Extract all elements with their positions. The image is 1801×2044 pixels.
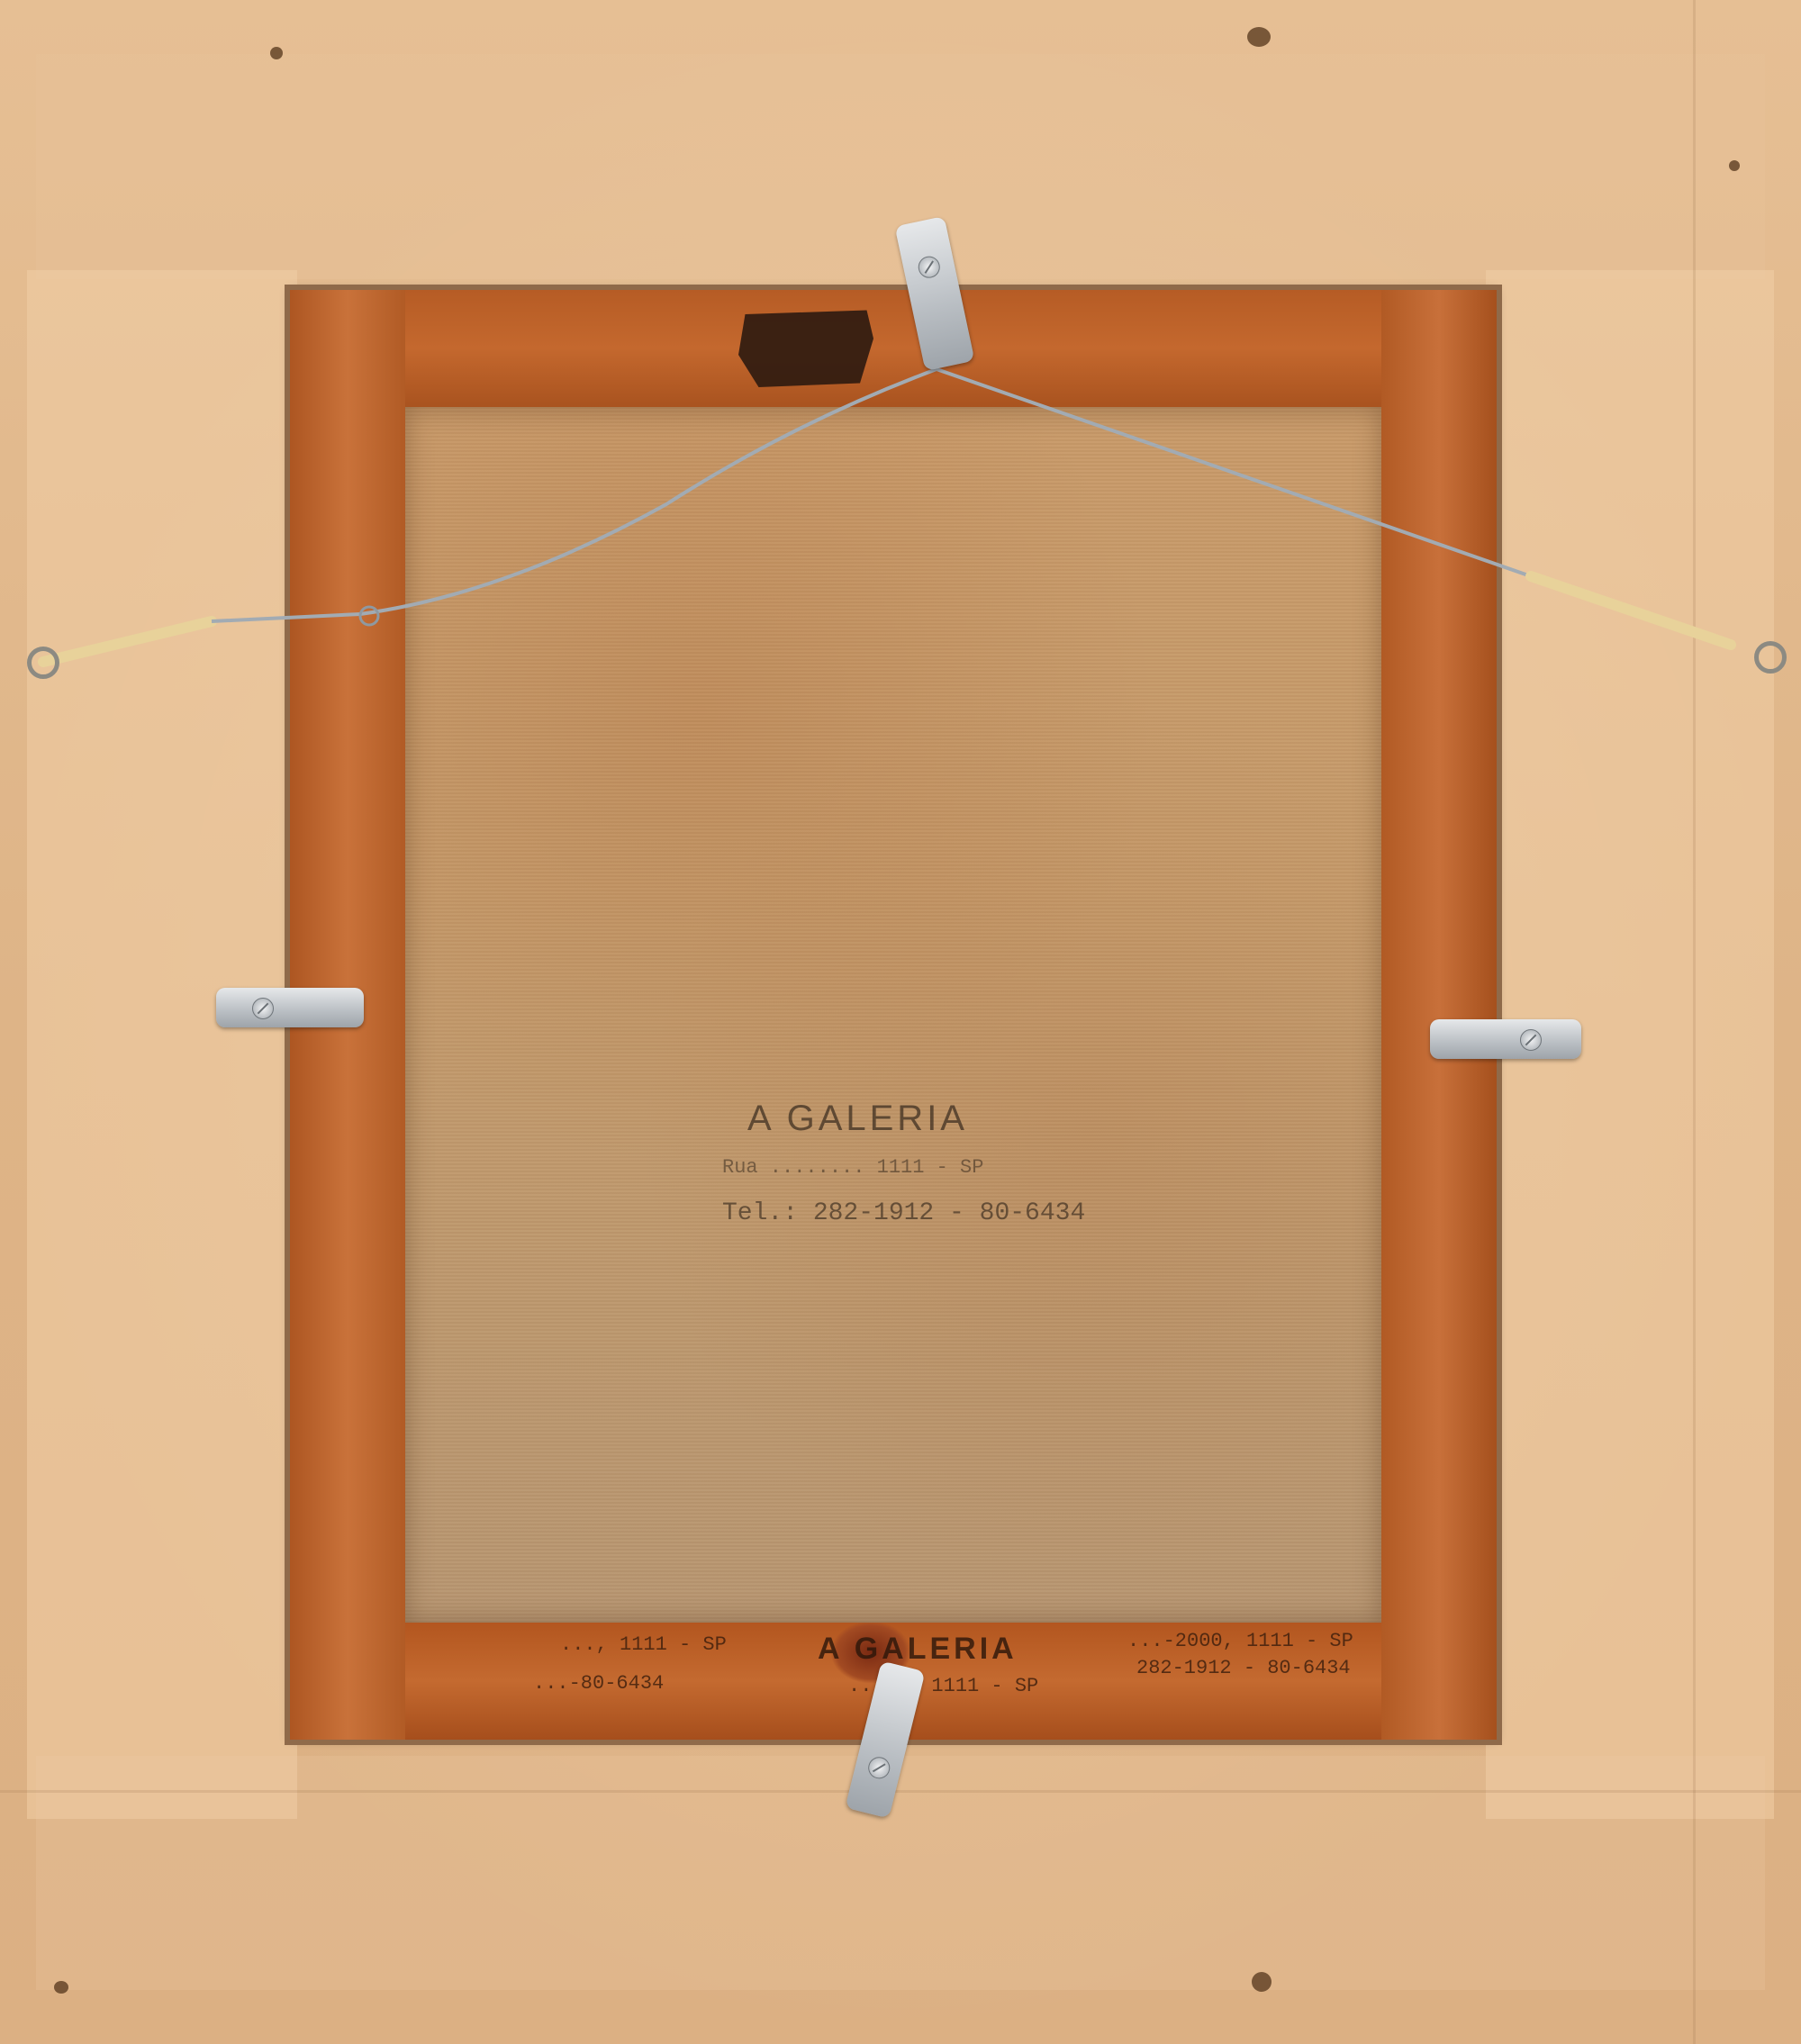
torn-label-remnant bbox=[738, 306, 873, 387]
paper-tape-left bbox=[27, 270, 297, 1819]
frame-stamp-title: A GALERIA bbox=[818, 1632, 1018, 1667]
screw-icon bbox=[252, 998, 274, 1019]
canvas-stamp-phone: Tel.: 282-1912 - 80-6434 bbox=[722, 1199, 1085, 1227]
frame-stamp-fragment: ...-80-6434 bbox=[533, 1672, 664, 1695]
canvas-stamp-address: Rua ........ 1111 - SP bbox=[722, 1156, 983, 1179]
retaining-clip-left bbox=[216, 988, 364, 1027]
wooden-frame: A GALERIA Rua ........ 1111 - SP Tel.: 2… bbox=[290, 290, 1497, 1740]
screw-icon bbox=[917, 254, 942, 279]
paper-damage-spot bbox=[1729, 160, 1740, 171]
screw-icon bbox=[1520, 1029, 1542, 1051]
frame-stamp-fragment: ..., 1111 - SP bbox=[560, 1633, 727, 1656]
paper-damage-spot bbox=[270, 47, 283, 59]
frame-stamp-fragment: ...-2000, 1111 - SP bbox=[1127, 1630, 1353, 1652]
frame-stamp-fragment: 282-1912 - 80-6434 bbox=[1136, 1657, 1351, 1679]
canvas-back bbox=[405, 407, 1381, 1623]
paper-damage-spot bbox=[1247, 27, 1271, 47]
frame-rail-top bbox=[290, 290, 1497, 407]
frame-stile-right bbox=[1381, 290, 1497, 1740]
retaining-clip-right bbox=[1430, 1019, 1581, 1059]
screw-eye-left bbox=[27, 647, 59, 679]
paper-damage-spot bbox=[54, 1981, 68, 1994]
paper-damage-spot bbox=[1252, 1972, 1272, 1992]
screw-icon bbox=[866, 1755, 892, 1781]
paper-crease bbox=[0, 1790, 1801, 1793]
paper-crease bbox=[1693, 0, 1696, 2044]
canvas-stamp-title: A GALERIA bbox=[747, 1099, 968, 1139]
screw-eye-right bbox=[1754, 641, 1787, 674]
